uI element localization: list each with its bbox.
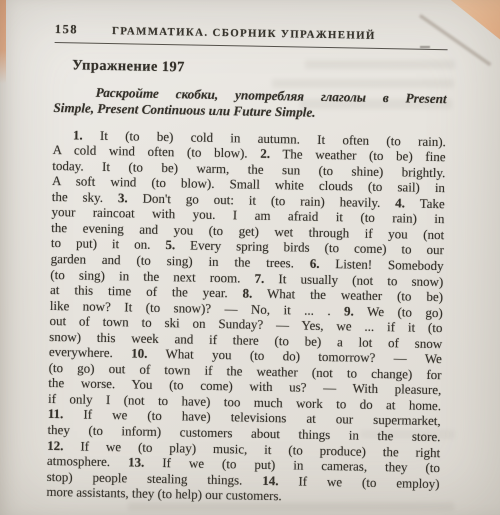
book-page-content: 158 ГРАММАТИКА. СБОРНИК УПРАЖНЕНИЙ Упраж… [46, 22, 448, 507]
running-header: ГРАММАТИКА. СБОРНИК УПРАЖНЕНИЙ [112, 25, 376, 42]
exercise-title: Упражнение 197 [72, 57, 447, 81]
page-number: 158 [55, 22, 79, 37]
exercise-instruction: Раскройте скобки, употребляя глаголы в P… [53, 84, 447, 123]
table-surface-left-strip [0, 0, 6, 84]
exercise-body: 1. It (to be) cold in autumn. It often (… [46, 127, 446, 507]
